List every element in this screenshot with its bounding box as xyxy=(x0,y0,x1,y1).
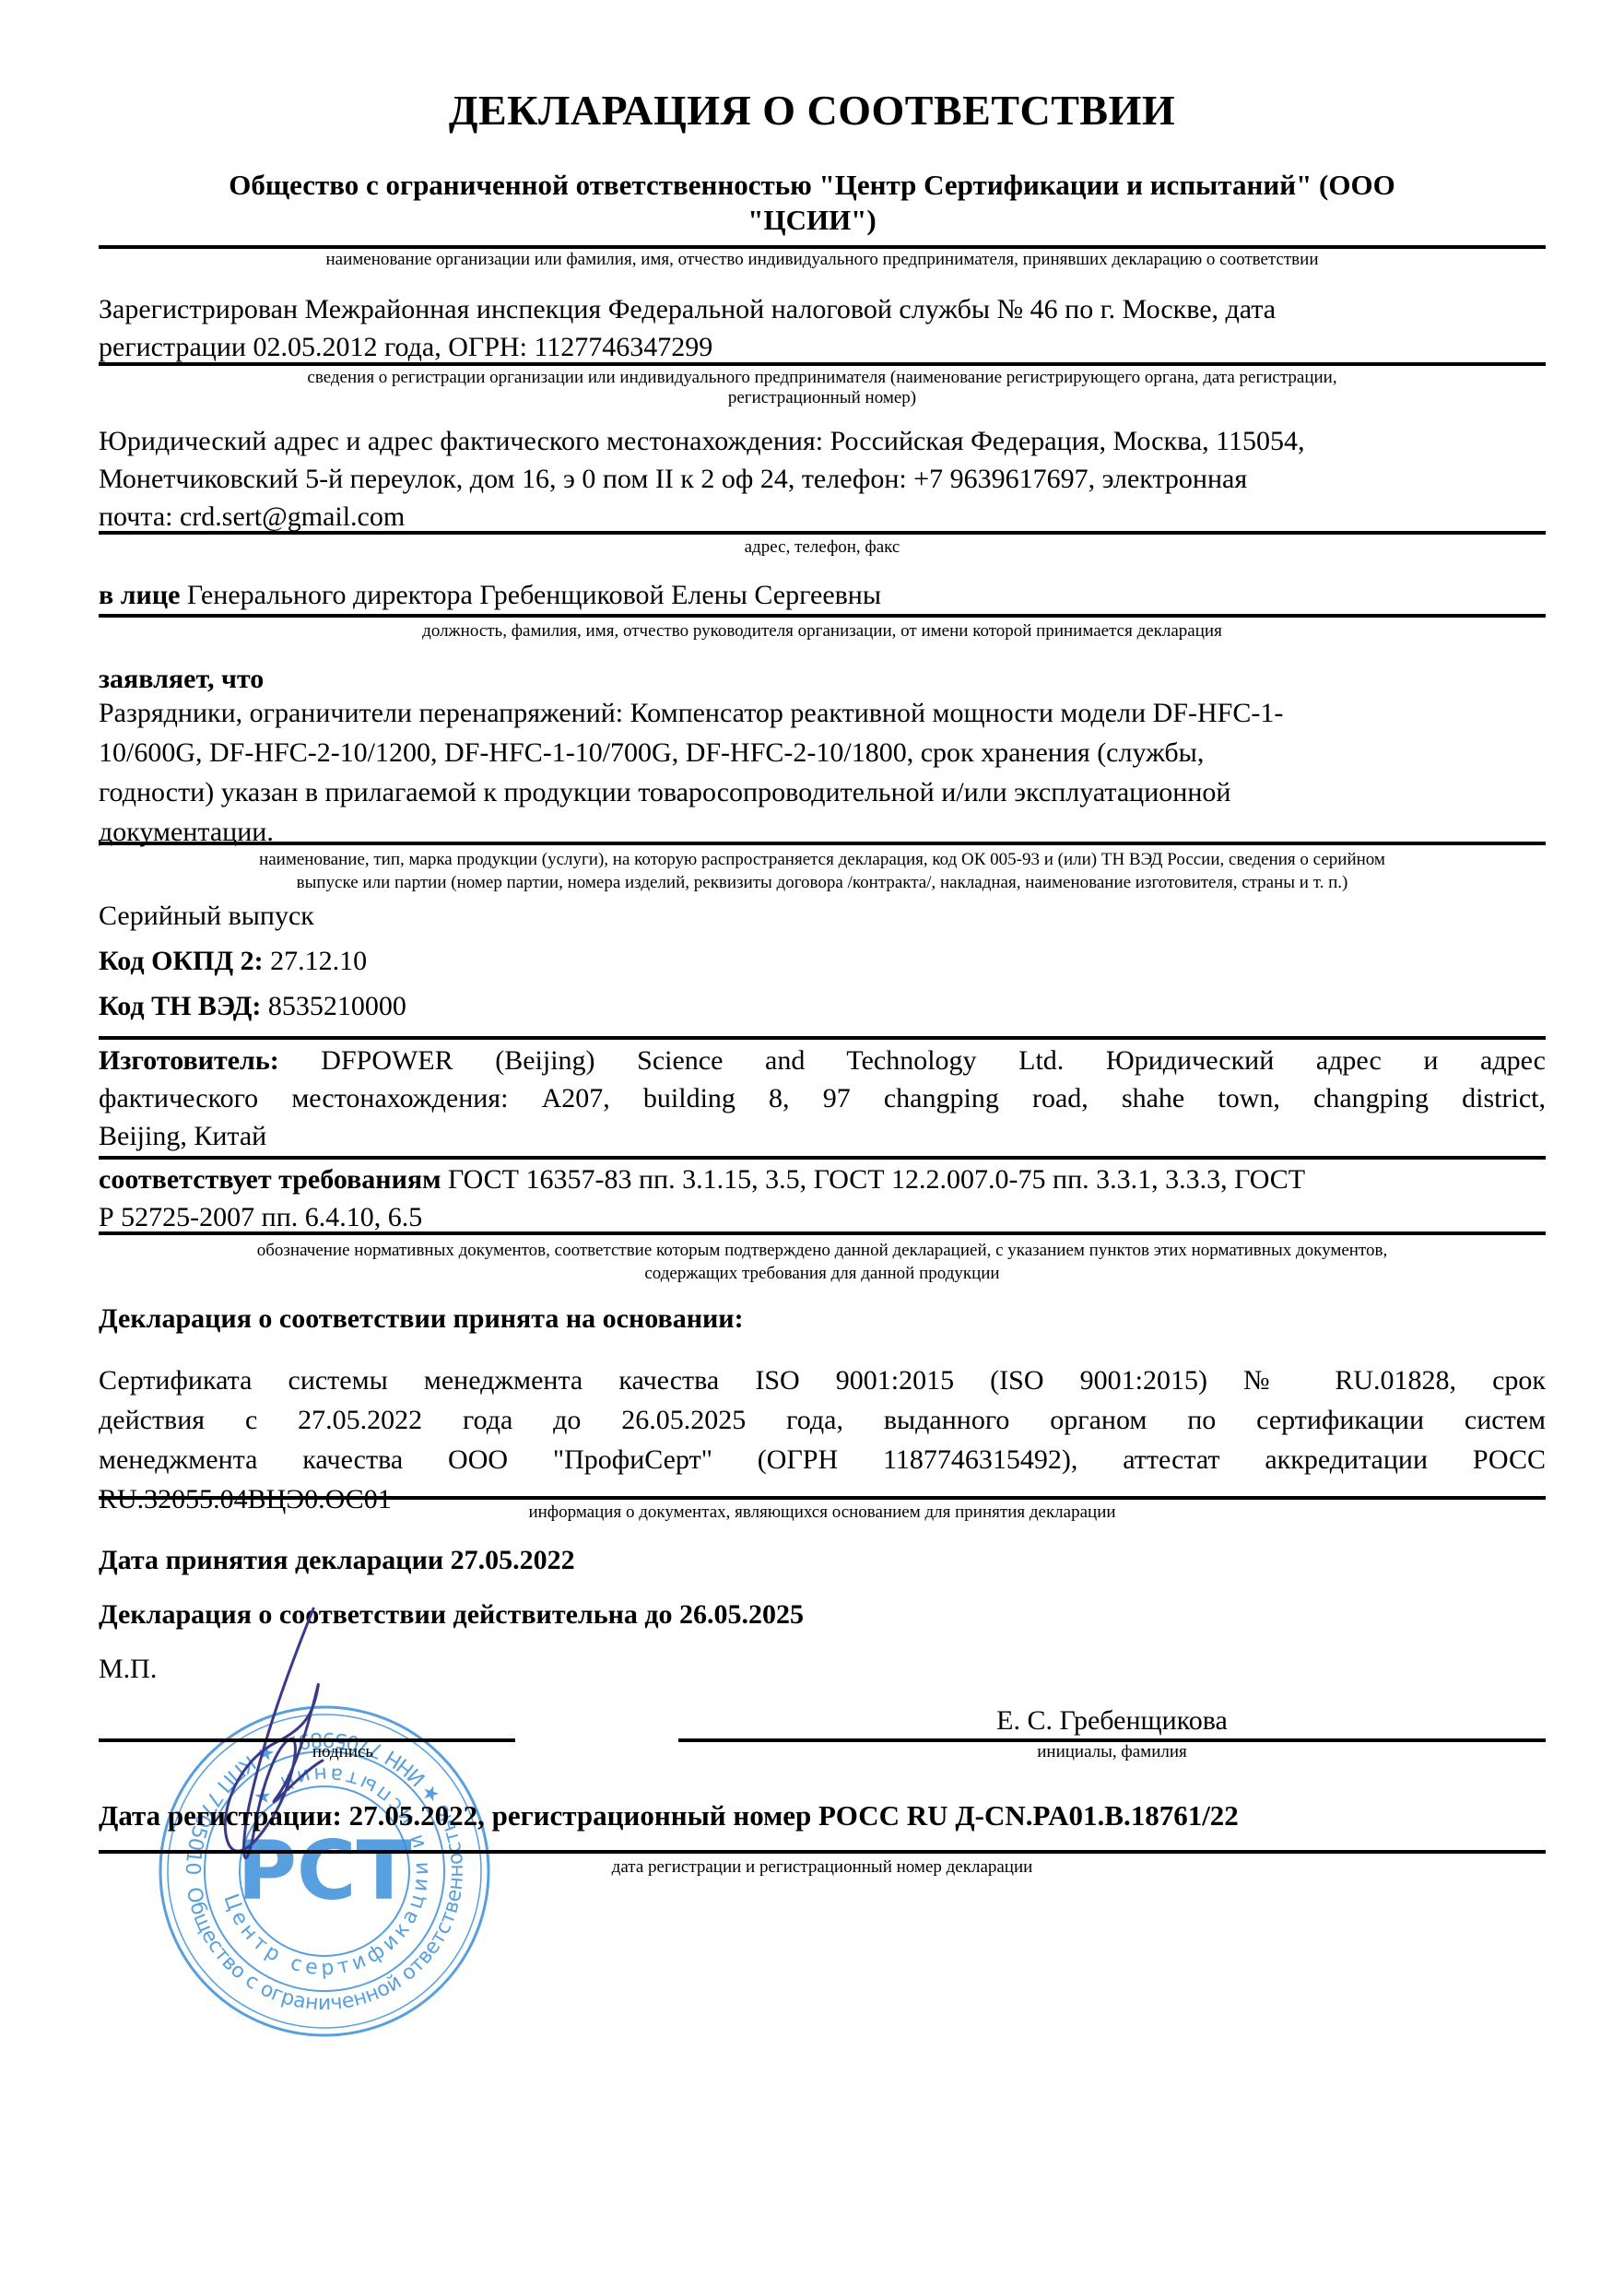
representative-label: в лице xyxy=(99,580,180,610)
product-caption-line-2: выпуске или партии (номер партии, номера… xyxy=(99,871,1546,894)
adoption-date-value: 27.05.2022 xyxy=(451,1545,575,1575)
basis-caption: информация о документах, являющихся осно… xyxy=(99,1502,1546,1523)
registration-info: Зарегистрирован Межрайонная инспекция Фе… xyxy=(99,290,1546,366)
tnved-value: 8535210000 xyxy=(261,991,406,1021)
tnved-code: Код ТН ВЭД: 8535210000 xyxy=(99,987,1546,1025)
divider xyxy=(99,842,1546,845)
registration-caption-line-2: регистрационный номер) xyxy=(99,388,1546,408)
address-line-1: Юридический адрес и адрес фактического м… xyxy=(99,422,1546,460)
divider xyxy=(99,1231,1546,1235)
signatory-caption: инициалы, фамилия xyxy=(678,1742,1546,1762)
divider xyxy=(99,362,1546,366)
tnved-label: Код ТН ВЭД: xyxy=(99,991,261,1021)
signature-caption: подпись xyxy=(99,1742,587,1762)
registration-number-caption: дата регистрации и регистрационный номер… xyxy=(99,1857,1546,1878)
basis-line-3: менеджмента качества ООО "ПрофиСерт" (ОГ… xyxy=(99,1440,1546,1479)
divider xyxy=(99,614,1546,618)
address-caption: адрес, телефон, факс xyxy=(99,537,1546,558)
okpd-code: Код ОКПД 2: 27.12.10 xyxy=(99,942,1546,980)
product-caption: наименование, тип, марка продукции (услу… xyxy=(99,848,1546,894)
applicant-name: Общество с ограниченной ответственностью… xyxy=(129,168,1495,238)
manufacturer-line-1: DFPOWER (Beijing) Science and Technology… xyxy=(279,1045,1546,1076)
okpd-label: Код ОКПД 2: xyxy=(99,946,264,976)
conformity-line-1: ГОСТ 16357-83 пп. 3.1.15, 3.5, ГОСТ 12.2… xyxy=(441,1164,1306,1195)
address-line-3: почта: crd.sert@gmail.com xyxy=(99,498,1546,536)
divider xyxy=(99,1036,1546,1040)
registration-caption: сведения о регистрации организации или и… xyxy=(99,368,1546,408)
conformity-line-2: Р 52725-2007 пп. 6.4.10, 6.5 xyxy=(99,1198,1546,1236)
divider xyxy=(99,1850,1546,1854)
product-description: Разрядники, ограничители перенапряжений:… xyxy=(99,693,1546,852)
document-title: ДЕКЛАРАЦИЯ О СООТВЕТСТВИИ xyxy=(0,85,1624,136)
product-line-2: 10/600G, DF-HFC-2-10/1200, DF-HFC-1-10/7… xyxy=(99,733,1546,772)
product-line-1: Разрядники, ограничители перенапряжений:… xyxy=(99,693,1546,733)
manufacturer-line-2: фактического местонахождения: A207, buil… xyxy=(99,1079,1546,1117)
applicant-name-line-2: "ЦСИИ") xyxy=(129,203,1495,238)
representative-caption: должность, фамилия, имя, отчество руково… xyxy=(99,621,1546,642)
basis-heading: Декларация о соответствии принята на осн… xyxy=(99,1301,744,1337)
representative-value: Генерального директора Гребенщиковой Еле… xyxy=(180,580,881,610)
signatory-name: Е. С. Гребенщикова xyxy=(678,1702,1546,1739)
conformity-caption-line-2: содержащих требования для данной продукц… xyxy=(99,1262,1546,1285)
manufacturer-line-3: Beijing, Китай xyxy=(99,1117,1546,1155)
address-line-2: Монетчиковский 5-й переулок, дом 16, э 0… xyxy=(99,460,1546,498)
divider xyxy=(99,245,1546,249)
conformity-block: соответствует требованиям ГОСТ 16357-83 … xyxy=(99,1161,1546,1236)
address-block: Юридический адрес и адрес фактического м… xyxy=(99,422,1546,536)
applicant-caption: наименование организации или фамилия, им… xyxy=(99,250,1546,270)
adoption-date: Дата принятия декларации 27.05.2022 xyxy=(99,1542,575,1579)
valid-until-value: 26.05.2025 xyxy=(679,1599,804,1630)
basis-line-1: Сертификата системы менеджмента качества… xyxy=(99,1361,1546,1400)
representative: в лице Генерального директора Гребенщико… xyxy=(99,576,1546,614)
divider xyxy=(99,531,1546,535)
product-caption-line-1: наименование, тип, марка продукции (услу… xyxy=(99,848,1546,871)
conformity-caption-line-1: обозначение нормативных документов, соот… xyxy=(99,1239,1546,1262)
registration-caption-line-1: сведения о регистрации организации или и… xyxy=(99,368,1546,388)
okpd-value: 27.12.10 xyxy=(264,946,368,976)
divider xyxy=(99,1496,1546,1500)
adoption-date-label: Дата принятия декларации xyxy=(99,1545,451,1575)
manufacturer-label: Изготовитель: xyxy=(99,1045,279,1076)
applicant-name-line-1: Общество с ограниченной ответственностью… xyxy=(129,168,1495,203)
declares-label: заявляет, что xyxy=(99,661,264,698)
registration-number: Дата регистрации: 27.05.2022, регистраци… xyxy=(99,1797,1239,1834)
basis-line-2: действия с 27.05.2022 года до 26.05.2025… xyxy=(99,1400,1546,1440)
product-line-3: годности) указан в прилагаемой к продукц… xyxy=(99,772,1546,812)
divider xyxy=(99,1156,1546,1160)
conformity-label: соответствует требованиям xyxy=(99,1164,441,1195)
conformity-caption: обозначение нормативных документов, соот… xyxy=(99,1239,1546,1285)
manufacturer-block: Изготовитель: DFPOWER (Beijing) Science … xyxy=(99,1042,1546,1155)
registration-line-1: Зарегистрирован Межрайонная инспекция Фе… xyxy=(99,290,1546,328)
registration-line-2: регистрации 02.05.2012 года, ОГРН: 11277… xyxy=(99,328,1546,366)
serial-production: Серийный выпуск xyxy=(99,897,1546,935)
product-line-4: документации. xyxy=(99,812,1546,852)
